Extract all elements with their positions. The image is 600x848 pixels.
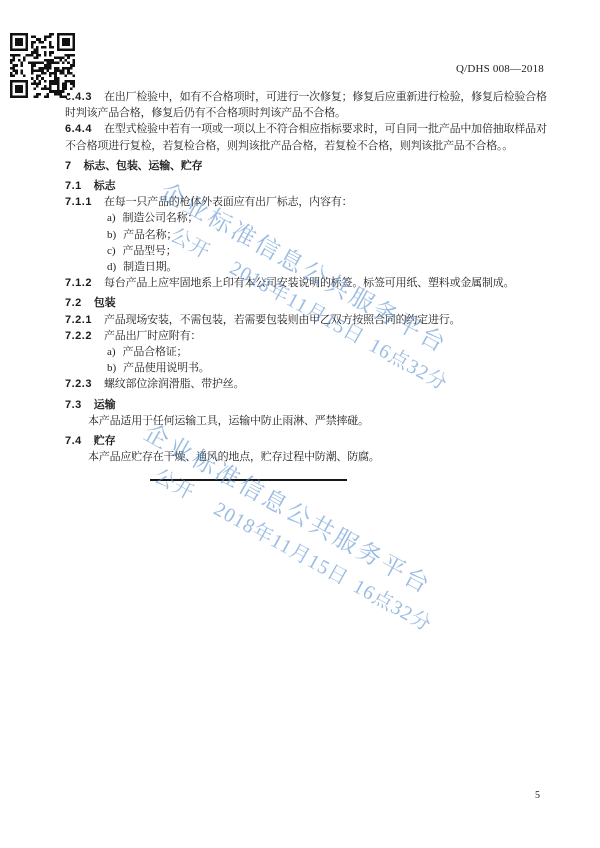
doc-line: b)产品使用说明书。 [65, 360, 557, 376]
clause-text: 产品出厂时应附有： [104, 330, 201, 342]
doc-line: d)制造日期。 [65, 259, 557, 275]
document-page: Q/DHS 008—2018 6.4.3在出厂检验中，如有不合格项时，可进行一次… [0, 0, 600, 848]
clause-text: 产品现场安装，不需包装，若需要包装则由甲乙双方按照合同的约定进行。 [104, 314, 460, 326]
doc-line: 7.2.1产品现场安装，不需包装，若需要包装则由甲乙双方按照合同的约定进行。 [65, 312, 557, 328]
clause-text: 包装 [94, 297, 116, 309]
clause-number: 7.2 [65, 295, 82, 311]
clause-number: a) [107, 210, 116, 226]
qr-code-icon [10, 33, 75, 98]
clause-text: 不合格项进行复检，若复检合格，则判该批产品合格，若复检不合格，则判该批产品不合格… [65, 140, 513, 152]
clause-text: 每台产品上应牢固地系上印有本公司安装说明的标签。标签可用纸、塑料或金属制成。 [104, 277, 514, 289]
doc-line: 本产品适用于任何运输工具，运输中防止雨淋、严禁摔碰。 [65, 413, 557, 429]
end-of-text-rule [150, 479, 347, 481]
doc-line: 时判该产品合格，修复后仍有不合格项时判该产品不合格。 [65, 105, 557, 121]
clause-text: 本产品适用于任何运输工具，运输中防止雨淋、严禁摔碰。 [88, 415, 369, 427]
clause-number: 7.2.1 [65, 312, 92, 328]
clause-number: 7 [65, 158, 72, 174]
clause-number: d) [107, 259, 116, 275]
clause-number: c) [107, 243, 116, 259]
clause-number: 7.1 [65, 178, 82, 194]
watermark-public-label: 公开 [150, 465, 197, 505]
clause-text: 产品合格证； [123, 346, 188, 358]
standard-number-header: Q/DHS 008—2018 [456, 63, 544, 75]
clause-text: 在出厂检验中，如有不合格项时，可进行一次修复；修复后应重新进行检验，修复后检验合… [104, 91, 547, 103]
clause-text: 螺纹部位涂润滑脂、带护丝。 [104, 378, 244, 390]
doc-line: 7标志、包装、运输、贮存 [65, 158, 557, 174]
clause-text: 在每一只产品的枪体外表面应有出厂标志，内容有： [104, 196, 352, 208]
doc-line: b)产品名称； [65, 227, 557, 243]
clause-number: b) [107, 360, 116, 376]
doc-line: 7.2.2产品出厂时应附有： [65, 328, 557, 344]
doc-line: a)制造公司名称； [65, 210, 557, 226]
clause-text: 本产品应贮存在干燥、通风的地点，贮存过程中防潮、防腐。 [88, 451, 380, 463]
clause-number: 6.4.4 [65, 121, 92, 137]
page-number: 5 [535, 790, 540, 801]
clause-text: 运输 [94, 399, 116, 411]
watermark-date: 2018年11月15日 [210, 498, 352, 590]
doc-line: 7.2.3螺纹部位涂润滑脂、带护丝。 [65, 376, 557, 392]
clause-text: 产品名称； [123, 229, 177, 241]
clause-number: 7.3 [65, 397, 82, 413]
doc-line: 6.4.4在型式检验中若有一项或一项以上不符合相应指标要求时，可自同一批产品中加… [65, 121, 557, 137]
clause-number: 7.4 [65, 433, 82, 449]
clause-text: 贮存 [94, 435, 116, 447]
clause-text: 在型式检验中若有一项或一项以上不符合相应指标要求时，可自同一批产品中加倍抽取样品… [104, 123, 547, 135]
doc-line: 不合格项进行复检，若复检合格，则判该批产品合格，若复检不合格，则判该批产品不合格… [65, 138, 557, 154]
clause-number: 7.1.1 [65, 194, 92, 210]
doc-line: 7.3运输 [65, 397, 557, 413]
clause-text: 产品型号； [123, 245, 177, 257]
clause-number: b) [107, 227, 116, 243]
clause-text: 产品使用说明书。 [123, 362, 209, 374]
clause-text: 时判该产品合格，修复后仍有不合格项时判该产品不合格。 [65, 107, 346, 119]
watermark-time: 16点32分 [349, 576, 435, 637]
clause-number: 7.2.2 [65, 328, 92, 344]
doc-line: 7.1.1在每一只产品的枪体外表面应有出厂标志，内容有： [65, 194, 557, 210]
clause-number: a) [107, 344, 116, 360]
doc-line: 7.4贮存 [65, 433, 557, 449]
doc-line: 7.2包装 [65, 295, 557, 311]
doc-line: a)产品合格证； [65, 344, 557, 360]
clause-text: 标志、包装、运输、贮存 [84, 160, 203, 172]
document-body: 6.4.3在出厂检验中，如有不合格项时，可进行一次修复；修复后应重新进行检验，修… [65, 89, 557, 465]
doc-line: 7.1.2每台产品上应牢固地系上印有本公司安装说明的标签。标签可用纸、塑料或金属… [65, 275, 557, 291]
watermark-stamp-line: 公开2018年11月15日16点32分 [150, 465, 435, 636]
clause-text: 制造公司名称； [123, 212, 199, 224]
clause-text: 标志 [94, 180, 116, 192]
doc-line: 本产品应贮存在干燥、通风的地点，贮存过程中防潮、防腐。 [65, 449, 557, 465]
doc-line: c)产品型号； [65, 243, 557, 259]
doc-line: 6.4.3在出厂检验中，如有不合格项时，可进行一次修复；修复后应重新进行检验，修… [65, 89, 557, 105]
clause-text: 制造日期。 [123, 261, 177, 273]
clause-number: 7.2.3 [65, 376, 92, 392]
doc-line: 7.1标志 [65, 178, 557, 194]
clause-number: 7.1.2 [65, 275, 92, 291]
